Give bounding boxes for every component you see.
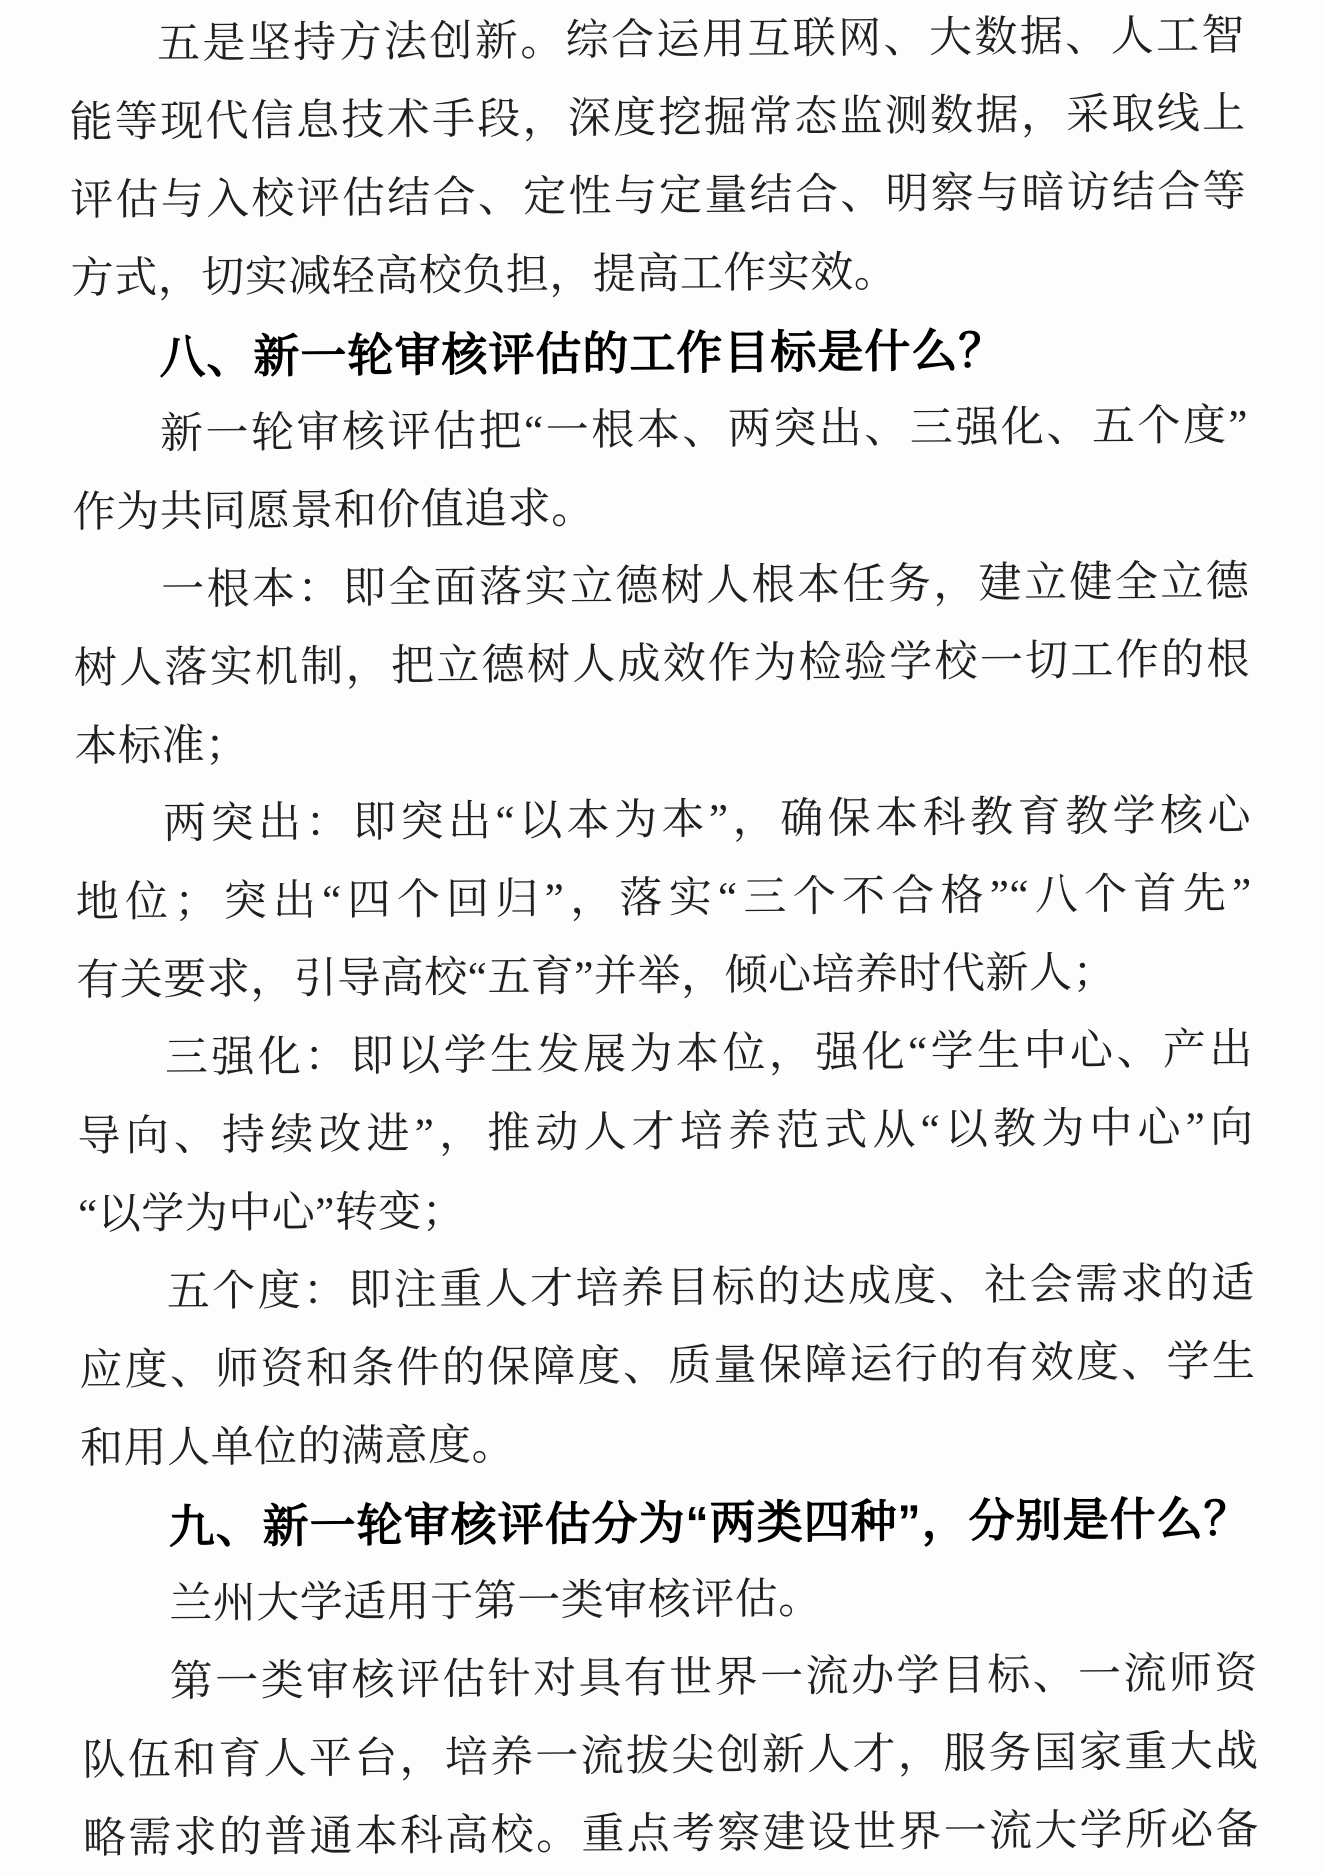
text-line: 评估与入校评估结合、定性与定量结合、明察与暗访结合等 — [70, 153, 1247, 240]
text-line: 和用人单位的满意度。 — [80, 1401, 1257, 1488]
text-line: “以学为中心”转变； — [78, 1167, 1255, 1254]
text-line: 方式，切实减轻高校负担，提高工作实效。 — [71, 231, 1248, 318]
text-line: 五个度：即注重人才培养目标的达成度、社会需求的适 — [78, 1245, 1255, 1332]
section-heading-9: 九、新一轮审核评估分为“两类四种”，分别是什么？ — [80, 1479, 1257, 1566]
text-line: 本标准； — [74, 699, 1251, 786]
text-line: 有关要求，引导高校“五育”并举，倾心培养时代新人； — [76, 933, 1253, 1020]
text-line: 导向、持续改进”，推动人才培养范式从“以教为中心”向 — [77, 1089, 1254, 1176]
text-line: 树人落实机制，把立德树人成效作为检验学校一切工作的根 — [74, 621, 1251, 708]
text-line: 应度、师资和条件的保障度、质量保障运行的有效度、学生 — [79, 1323, 1256, 1410]
text-line: 五是坚持方法创新。综合运用互联网、大数据、人工智 — [69, 0, 1246, 85]
text-line: 三强化：即以学生发展为本位，强化“学生中心、产出 — [77, 1011, 1254, 1098]
text-line: 作为共同愿景和价值追求。 — [72, 465, 1249, 552]
page-content: 五是坚持方法创新。综合运用互联网、大数据、人工智 能等现代信息技术手段，深度挖掘… — [69, 0, 1260, 1875]
text-line: 新一轮审核评估把“一根本、两突出、三强化、五个度” — [72, 387, 1249, 474]
text-line: 兰州大学适用于第一类审核评估。 — [81, 1557, 1258, 1644]
text-line: 一根本：即全面落实立德树人根本任务，建立健全立德 — [73, 543, 1250, 630]
document-page: 五是坚持方法创新。综合运用互联网、大数据、人工智 能等现代信息技术手段，深度挖掘… — [0, 0, 1323, 1875]
text-line: 第一类审核评估针对具有世界一流办学目标、一流师资 — [82, 1635, 1259, 1722]
section-heading-8: 八、新一轮审核评估的工作目标是什么？ — [71, 309, 1248, 396]
text-line: 略需求的普通本科高校。重点考察建设世界一流大学所必备 — [83, 1791, 1260, 1875]
text-line: 队伍和育人平台，培养一流拔尖创新人才，服务国家重大战 — [82, 1713, 1259, 1800]
text-line: 能等现代信息技术手段，深度挖掘常态监测数据，采取线上 — [69, 75, 1246, 162]
text-line: 地位；突出“四个回归”，落实“三个不合格”“八个首先” — [75, 855, 1252, 942]
text-line: 两突出：即突出“以本为本”，确保本科教育教学核心 — [75, 777, 1252, 864]
